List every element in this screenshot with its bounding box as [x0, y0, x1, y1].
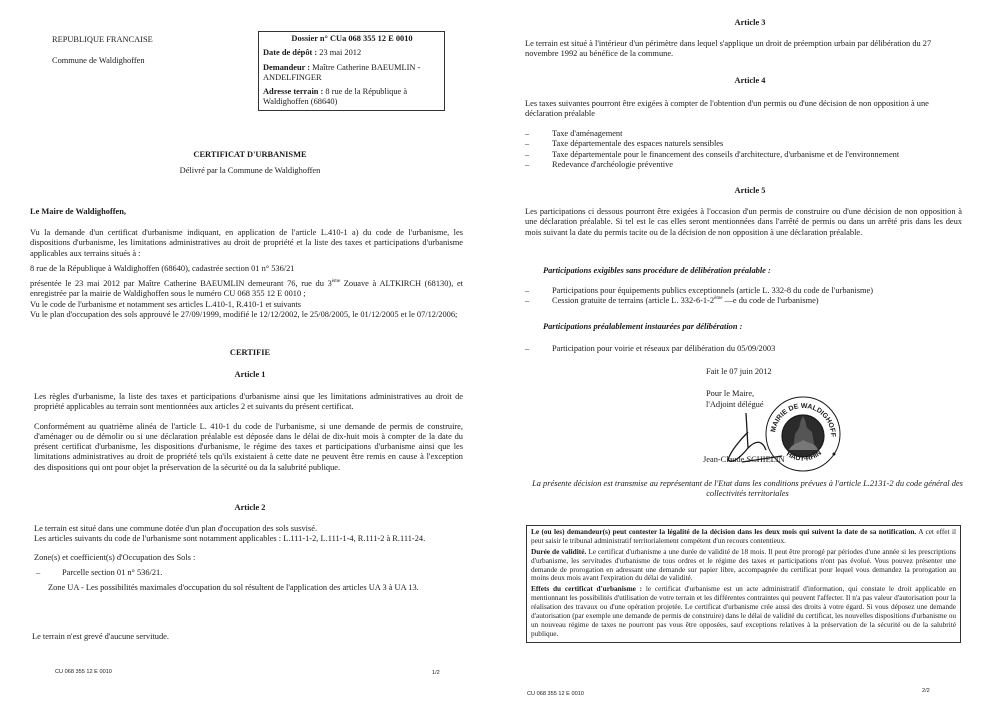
article-4-heading: Article 4	[500, 76, 1000, 86]
article-2-body: Le terrain est situé dans une commune do…	[34, 524, 464, 593]
page-1-number: 1/2	[432, 670, 440, 677]
notice-contest: Le (ou les) demandeur(s) peut contester …	[531, 528, 956, 546]
document-subtitle: Délivré par la Commune de Waldighoffen	[0, 166, 500, 176]
page-2-footer-ref: CU 068 355 12 E 0010	[527, 691, 584, 698]
participations-group-2-title: Participations préalablement instaurées …	[543, 322, 742, 332]
signature-for-mayor: Pour le Maire,	[706, 389, 754, 399]
page-2-number: 2/2	[922, 688, 930, 695]
participations-group-1-title: Participations exigibles sans procédure …	[543, 266, 771, 276]
parcel-item: Parcelle section 01 n° 536/21.	[36, 568, 464, 578]
zone-ua: Zone UA - Les possibilités maximales d'o…	[48, 583, 464, 593]
legal-notice-box: Le (ou les) demandeur(s) peut contester …	[526, 525, 961, 643]
article-3-heading: Article 3	[500, 18, 1000, 28]
considerations: Vu la demande d'un certificat d'urbanism…	[30, 228, 463, 320]
servitude-statement: Le terrain n'est grevé d'aucune servitud…	[32, 632, 169, 642]
dossier-number: Dossier n° CUa 068 355 12 E 0010	[263, 34, 441, 44]
participations-group-1-list: Participations pour équipements publics …	[525, 286, 975, 307]
participations-group-2-list: Participation pour voirie et réseaux par…	[525, 344, 975, 354]
article-2-heading: Article 2	[0, 503, 500, 513]
article-5-body: Les participations ci dessous pourront ê…	[525, 207, 962, 238]
zones-label: Zone(s) et coefficient(s) d'Occupation d…	[34, 553, 464, 563]
transmission-notice: La présente décision est transmise au re…	[520, 479, 975, 500]
participation-item: Participations pour équipements publics …	[525, 286, 975, 296]
commune-header: Commune de Waldighoffen	[52, 56, 145, 66]
republic-header: REPUBLIQUE FRANCAISE	[52, 35, 153, 45]
participation-item: Cession gratuite de terrains (article L.…	[525, 296, 975, 306]
article-1-body: Les règles d'urbanisme, la liste des tax…	[34, 392, 463, 473]
participation-item: Participation pour voirie et réseaux par…	[525, 344, 975, 354]
tax-item: Taxe d'aménagement	[525, 129, 975, 139]
tax-item: Taxe départementale des espaces naturels…	[525, 139, 975, 149]
signature-role: l'Adjoint délégué	[706, 400, 764, 410]
article-1-para-2: Conformément au quatrième alinéa de l'ar…	[34, 422, 463, 473]
document-title: CERTIFICAT D'URBANISME	[0, 150, 500, 160]
article-3-body: Le terrain est situé à l'intérieur d'un …	[525, 39, 965, 60]
deposit-date: Date de dépôt : 23 mai 2012	[263, 48, 441, 58]
applicant: Demandeur : Maître Catherine BAEUMLIN - …	[263, 63, 441, 84]
tax-item: Redevance d'archéologie préventive	[525, 160, 975, 170]
article-2-line-2: Les articles suivants du code de l'urban…	[34, 534, 464, 544]
consideration-code: Vu le code de l'urbanisme et notamment s…	[30, 300, 463, 310]
page-1: REPUBLIQUE FRANCAISE Commune de Waldigho…	[0, 0, 500, 707]
land-address: Adresse terrain : 8 rue de la République…	[263, 87, 441, 108]
consideration-presented: présentée le 23 mai 2012 par Maître Cath…	[30, 279, 463, 300]
signatory-name: Jean-Claude SCHIELIN	[703, 455, 785, 465]
mayor-heading: Le Maire de Waldighoffen,	[30, 207, 126, 217]
article-4-body: Les taxes suivantes pourront être exigée…	[525, 99, 965, 120]
notice-effects: Effets du certificat d'urbanisme : le ce…	[531, 585, 956, 638]
article-1-para-1: Les règles d'urbanisme, la liste des tax…	[34, 392, 463, 413]
tax-item: Taxe départementale pour le financement …	[525, 150, 975, 160]
dossier-box: Dossier n° CUa 068 355 12 E 0010 Date de…	[258, 31, 445, 111]
certifie-heading: CERTIFIE	[0, 348, 500, 358]
article-5-heading: Article 5	[500, 186, 1000, 196]
parcel-list: Parcelle section 01 n° 536/21.	[36, 568, 464, 578]
consideration-address: 8 rue de la République à Waldighoffen (6…	[30, 264, 463, 274]
notice-validity: Durée de validité. Le certificat d'urban…	[531, 548, 956, 584]
taxes-list: Taxe d'aménagement Taxe départementale d…	[525, 129, 975, 170]
page-2: Article 3 Le terrain est situé à l'intér…	[500, 0, 1000, 707]
article-2-line-1: Le terrain est situé dans une commune do…	[34, 524, 464, 534]
page-1-footer-ref: CU 068 355 12 E 0010	[55, 669, 112, 676]
signature-date: Fait le 07 juin 2012	[706, 367, 772, 377]
consideration-request: Vu la demande d'un certificat d'urbanism…	[30, 228, 463, 259]
consideration-plan: Vu le plan d'occupation des sols approuv…	[30, 310, 463, 320]
article-1-heading: Article 1	[0, 370, 500, 380]
